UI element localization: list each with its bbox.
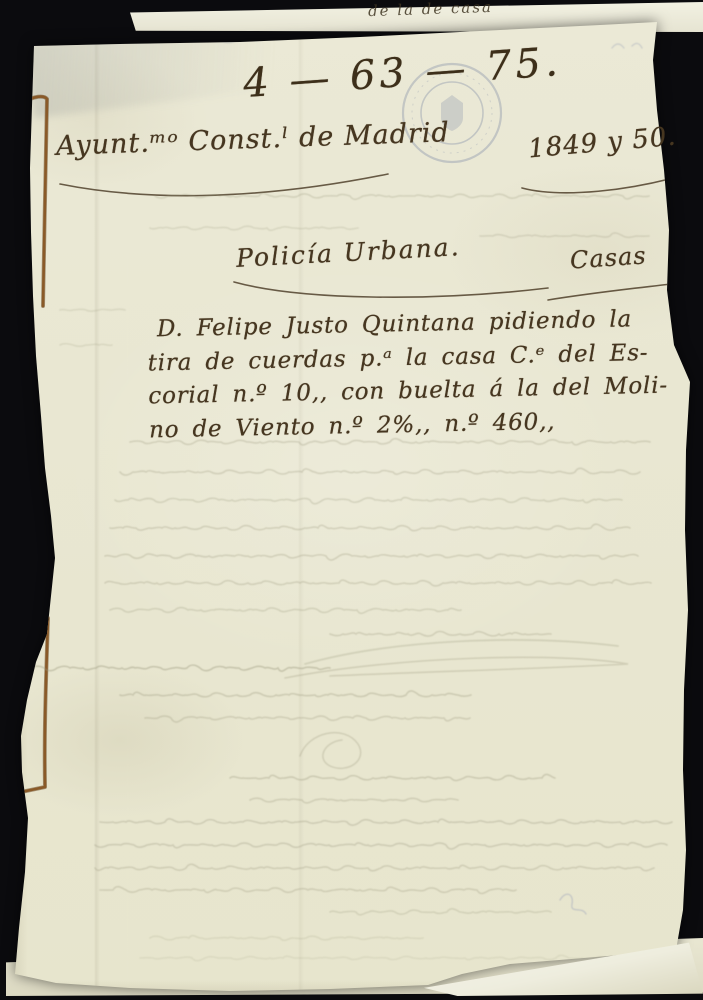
category-label: Casas xyxy=(569,241,647,274)
document-scan: de la de casa xyxy=(0,0,703,1000)
petition-text: D. Felipe Justo Quintana pidiendo la tir… xyxy=(147,303,669,448)
